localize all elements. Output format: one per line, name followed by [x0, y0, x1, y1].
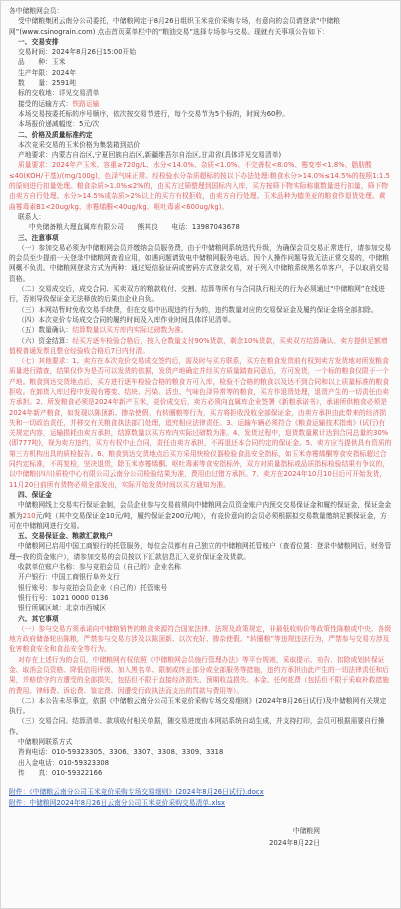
bank-number: 银行行号：1021 0000 0136 — [9, 593, 392, 603]
transport-mode: 接受的运输方式：铁路运输 — [9, 99, 392, 109]
trade-time: 交易时间：2024年8月26日15:00开始 — [9, 47, 392, 57]
attachment-link-rules[interactable]: 附件：《中储粮云南分公司玉米竞价采购专场交易细则》(2024年8月26日试行).… — [9, 787, 392, 797]
note-2: （二）交易成交后，成交合同、买卖双方的粮款收付、交割、结算等所有与合同执行相关的… — [9, 284, 392, 305]
quantity: 数 量：2591吨 — [9, 78, 392, 88]
section-heading-6: 六、其它事项 — [9, 614, 392, 624]
note-6: （六）资金结算：经买方逐车检验合格后，按入仓数量支付90%货款，剩余10%货款，… — [9, 336, 392, 357]
attachment-link-list[interactable]: 附件：中储粮网2024年8月26日云南分公司玉米竞价采购交易清单.xlsx — [9, 798, 392, 808]
signature-date: 2024年8月22日 — [9, 837, 320, 849]
contact-info: 中央储备粮大理直属库有限公司 熊其良 电话：13987043678 — [9, 222, 392, 232]
delivery-place: 标的交收地：详见交易清单 — [9, 88, 392, 98]
note-7: （七）其他要求：1、卖方在本次竞价交易成交签约后，需及时与买方联系，买方在粮食发… — [9, 356, 392, 490]
variety: 品 种：玉米 — [9, 57, 392, 67]
note-3: （三）本网站暂时免收交易手续费，但在交易中出现违约行为的，违约数量对应的交易保证… — [9, 305, 392, 315]
document-body: 各中储粮网会员：受中储粮集团云南分公司委托，中储粮网定于8月26日组织玉米竞价采… — [9, 6, 392, 778]
price-basis: 本次竞采交易的玉米价格为集装箱到站价 — [9, 140, 392, 150]
contact-heading: 中储粮网联系方式 — [9, 737, 392, 747]
phone-funds: 出入金电话：010-59323308 — [9, 758, 392, 768]
production-year: 生产年限：2024年 — [9, 68, 392, 78]
section-heading-3: 三、注意事项 — [9, 233, 392, 243]
origin-requirement: 产地要求：内蒙古自治区,宁夏回族自治区,新疆维吾尔自治区,甘肃省(具体详见交易清… — [9, 150, 392, 160]
fax: 传 真：010-59322166 — [9, 768, 392, 778]
other-1: （一）参与交易方须承诺向中储粮销售的粮食来源符合国家法律、法规及政策规定，非最低… — [9, 624, 392, 655]
section-heading-5: 五、交易保证金、粮款汇款账户 — [9, 531, 392, 541]
salutation: 各中储粮网会员： — [9, 6, 392, 16]
phone-consult: 咨询电话：010-59323305、3306、3307、3308、3309、33… — [9, 747, 392, 757]
bid-step: 本场报价递减幅度：5元/次 — [9, 119, 392, 129]
other-3: （三）交易合同、结算清单、款项收付相关单据，随交易进度由本网站系统自动生成，并支… — [9, 716, 392, 737]
signature-org: 中储粮网 — [9, 825, 320, 837]
section-heading-1: 一、交易安排 — [9, 37, 392, 47]
section-heading-2: 二、价格及质量标准约定 — [9, 130, 392, 140]
bank-region: 银行所属区域：北京市西城区 — [9, 603, 392, 613]
escrow-paragraph: 中储粮网已启用中国工商银行的托管服务，每位会员都有自己独立的中储粮网托管账户（查… — [9, 541, 392, 562]
attachments: 附件：《中储粮云南分公司玉米竞价采购专场交易细则》(2024年8月26日试行).… — [9, 787, 392, 808]
note-5: （五）数量确认：结算数量以买方库内实际过磅数为准。 — [9, 325, 392, 335]
intro-paragraph: 受中储粮集团云南分公司委托，中储粮网定于8月26日组织玉米竞价采购专场，有意向的… — [9, 16, 392, 37]
session-rule: 本场交易按委托标的序号顺序，依次按交易节进行，每个交易节为5个标的，时间为60秒… — [9, 109, 392, 119]
other-2: （二）本公告未尽事宜，依据《中储粮云南分公司玉米竞价采购专场交易细则》(2024… — [9, 696, 392, 717]
bank-account: 银行账号：参与竞拍会员企业（自己的）托管账号 — [9, 583, 392, 593]
contact-label: 联系人： — [9, 212, 392, 222]
note-1: （一）参加交易必须为中储粮网会员并缴纳会员服务费，由于中储粮网系统迭代升级，为确… — [9, 243, 392, 284]
note-4: （四）本次竞价专场成交合同的履约时间及入库作业时间具体详见清单。 — [9, 315, 392, 325]
account-name: 收款单位账户名称：参与竞拍会员（自己的）企业名称 — [9, 562, 392, 572]
bank-name: 开户银行：中国工商银行阜外支行 — [9, 572, 392, 582]
section-heading-4: 四、保证金 — [9, 490, 392, 500]
deposit-paragraph: 中储粮网线上交易实行保证金制，会员企业参与交易前须向中储粮网会员资金账户内预交交… — [9, 500, 392, 531]
document-page: 各中储粮网会员：受中储粮集团云南分公司委托，中储粮网定于8月26日组织玉米竞价采… — [1, 1, 400, 849]
signature: 中储粮网 2024年8月22日 — [9, 825, 392, 849]
other-1-cont: 对存在上述行为的会员，中储粮网有权依照《中储粮网会员施行管理办法》等平台规则，采… — [9, 655, 392, 696]
quality-requirement: 质量要求：2024年产玉米、容重≥720g/L、水分<14.0%、杂质<1.0%… — [9, 160, 392, 211]
